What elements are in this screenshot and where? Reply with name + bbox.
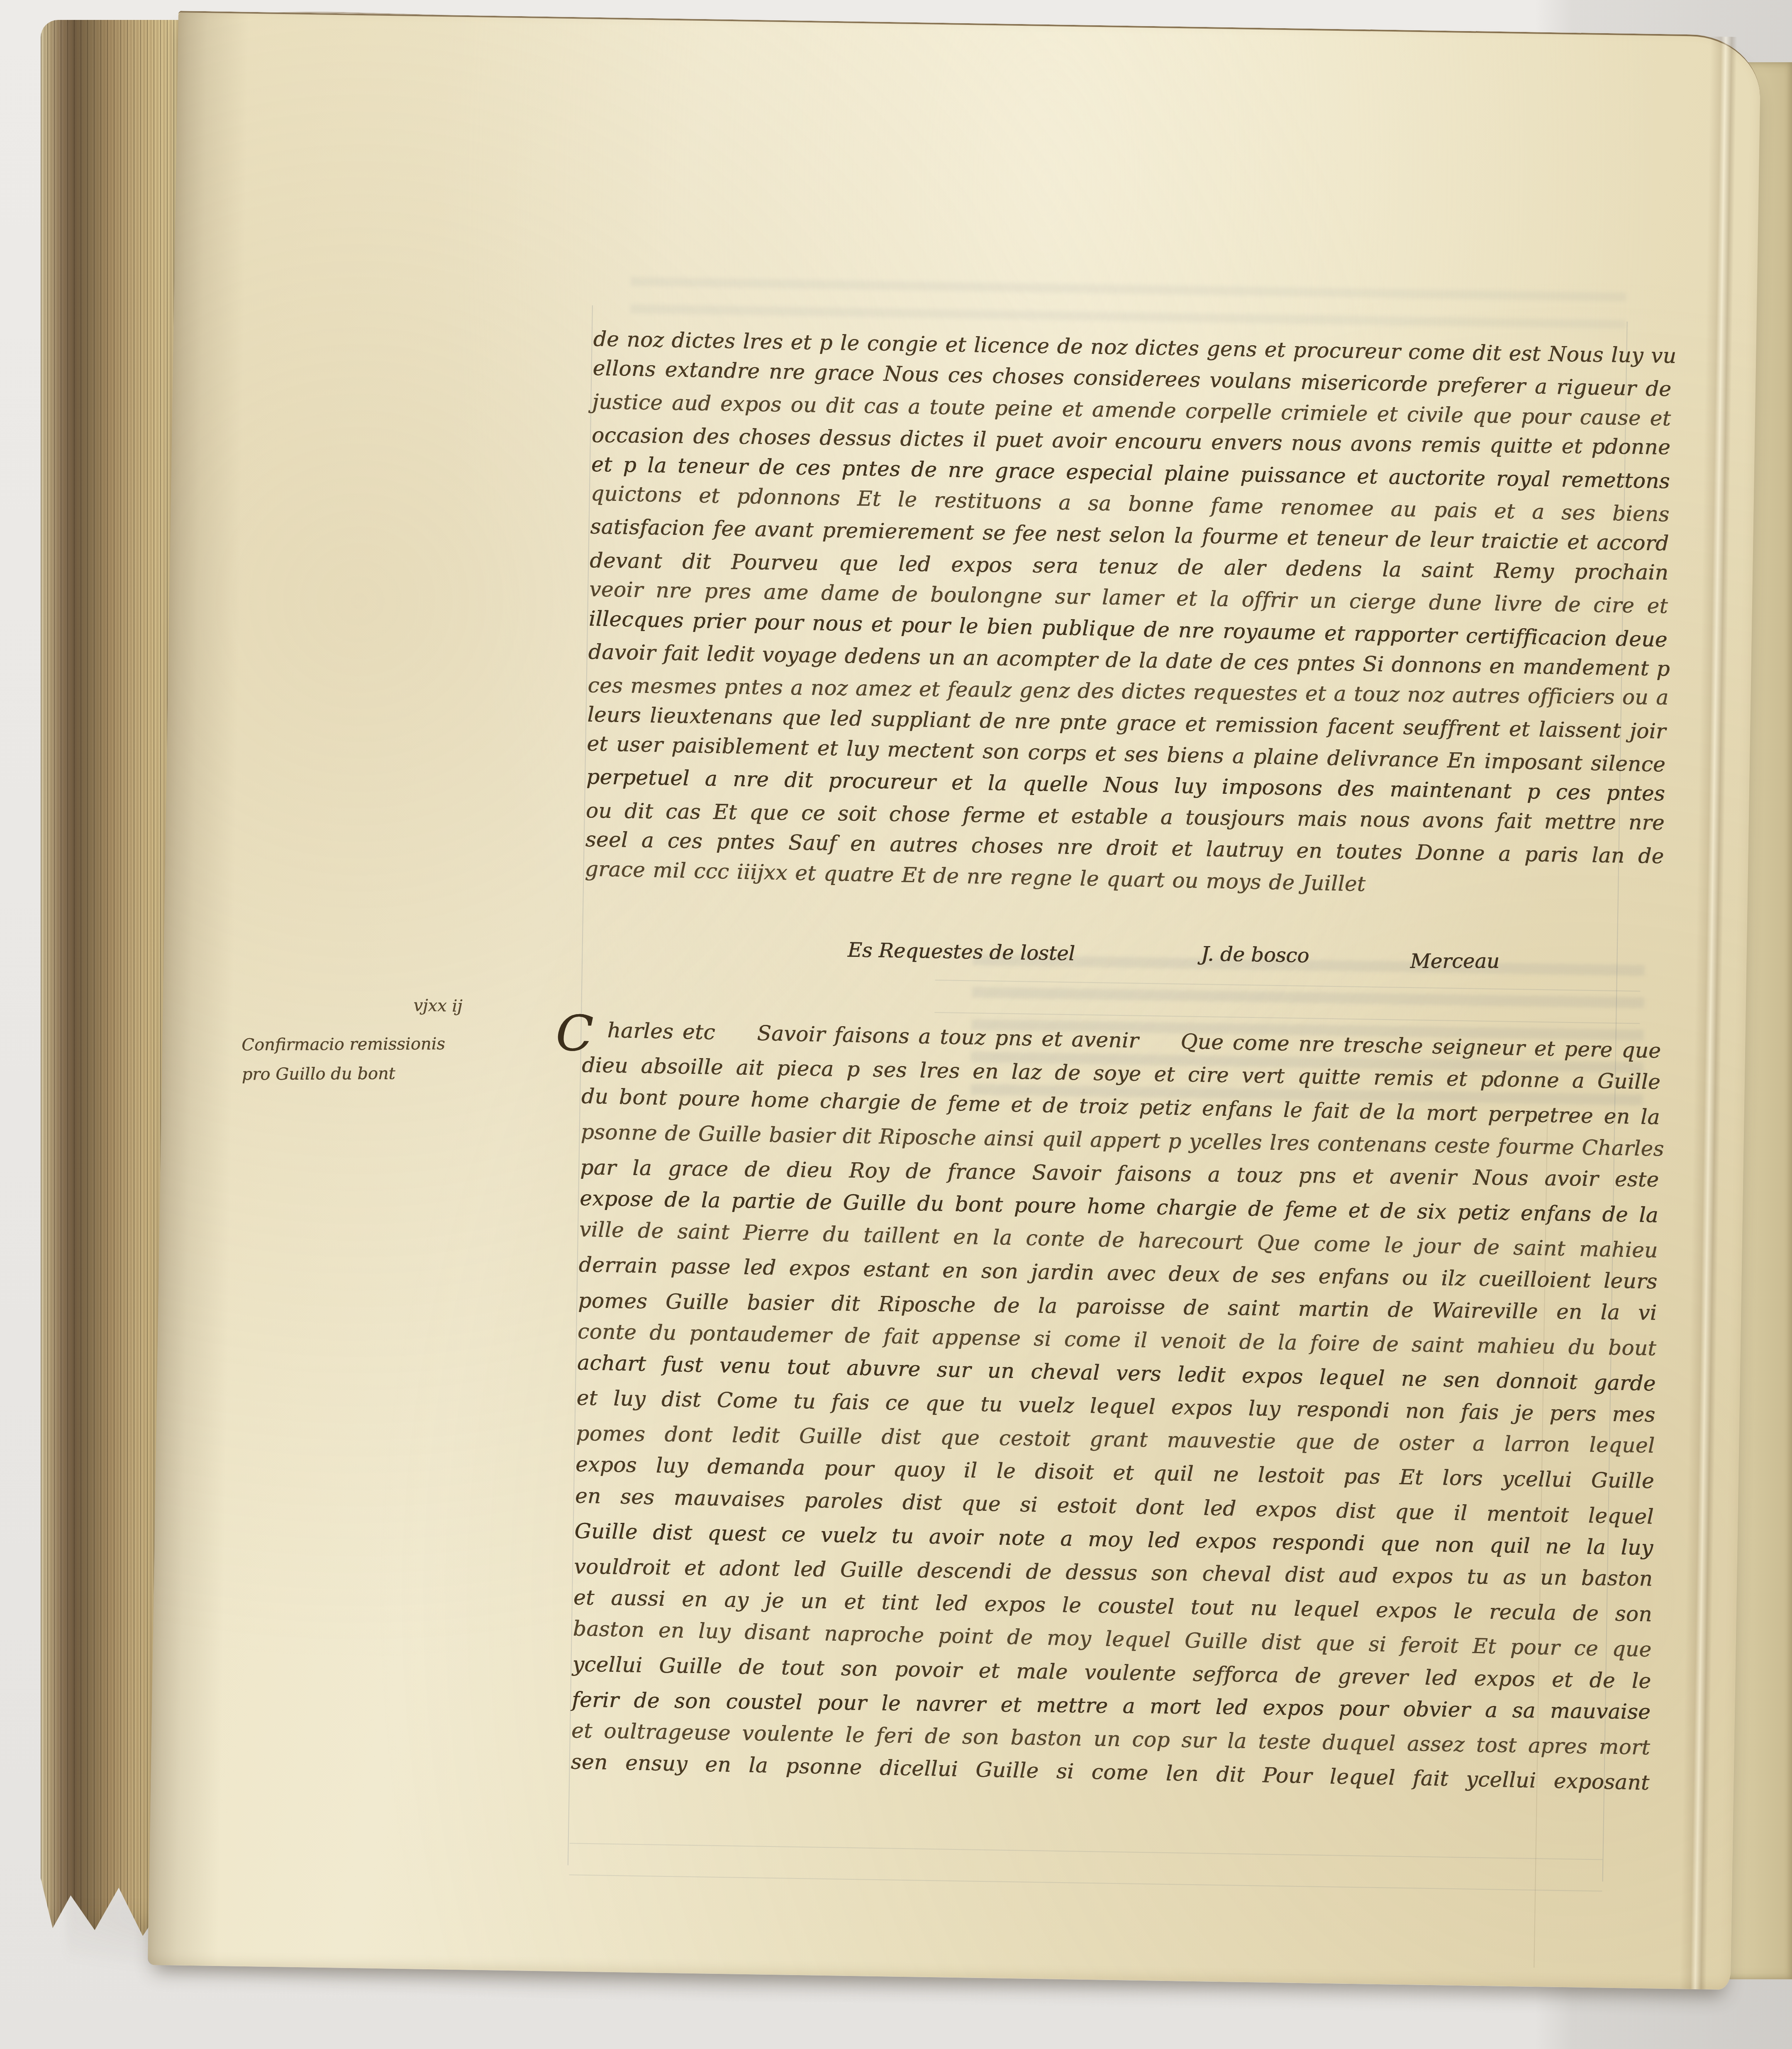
page-edge-crease xyxy=(1680,37,1737,1989)
letter-body-lines: dieu absoille ait pieca p ses lres en la… xyxy=(571,1053,1660,1802)
registrar-signature: Merceau xyxy=(1410,951,1499,971)
ruling-line-horizontal xyxy=(570,1843,1603,1860)
margin-rubric-line: pro Guillo du bont xyxy=(241,1058,586,1090)
clerk-signature: J. de bosco xyxy=(1201,944,1309,966)
margin-rubric: Confirmacio remissionispro Guillo du bon… xyxy=(241,1029,586,1090)
section-heading-row: Es Requestes de lostel J. de bosco Merce… xyxy=(583,929,1704,996)
margin-rubric-line: Confirmacio remissionis xyxy=(241,1029,586,1060)
entry-number: vjxx ij xyxy=(413,997,463,1015)
text-block-charles-letter: C harles etc Savoir faisons a touz pns e… xyxy=(571,1020,1661,1802)
text-block-remission-end: de noz dictes lres et p le congie et lic… xyxy=(585,327,1672,907)
manuscript-photo: de noz dictes lres et p le congie et lic… xyxy=(0,0,1792,2049)
ruling-line-horizontal xyxy=(569,1874,1602,1891)
heading-es-requestes: Es Requestes de lostel xyxy=(847,940,1075,964)
parchment-page: de noz dictes lres et p le congie et lic… xyxy=(148,11,1761,1990)
